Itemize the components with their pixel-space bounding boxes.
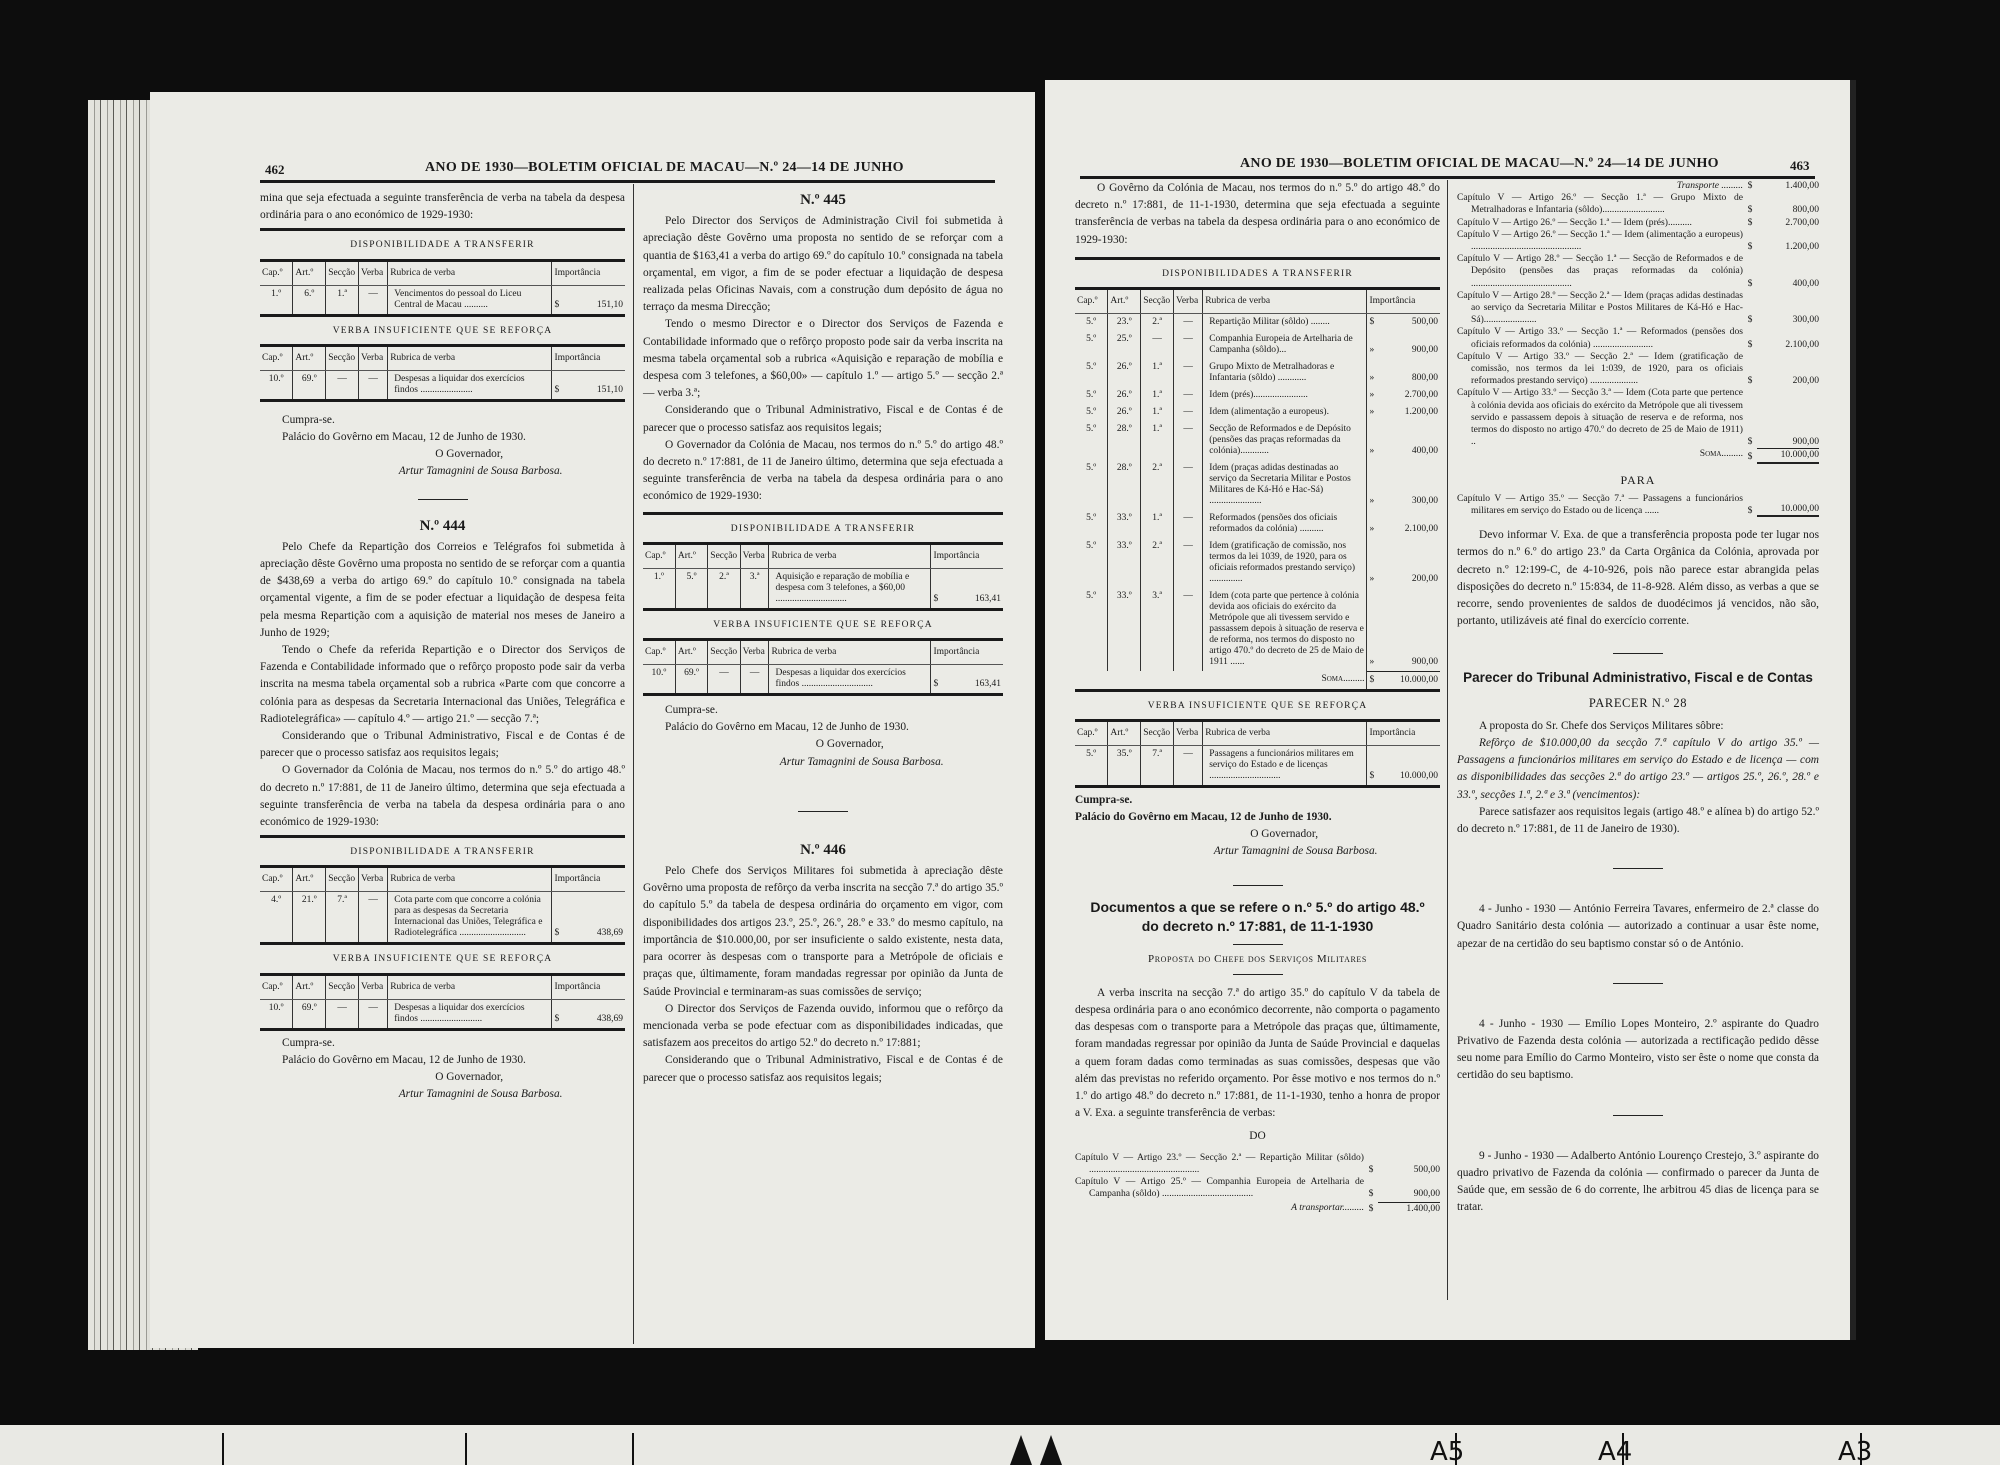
column-header: Rubrica de verba <box>388 867 552 892</box>
column-header: Importância <box>552 867 625 892</box>
cell-importancia: $500,00 <box>1367 314 1440 332</box>
cell-rubrica: Vencimentos do pessoal do Liceu Central … <box>388 285 552 315</box>
cell-art: 26.º <box>1108 387 1141 404</box>
column-header: Secção <box>1141 720 1174 745</box>
ledger-amount: 400,00 <box>1757 278 1819 290</box>
cell-art: 33.º <box>1108 538 1141 588</box>
amount: 1.200,00 <box>1405 407 1438 417</box>
cell-cap: 5.º <box>1075 404 1108 421</box>
paragraph: O Director dos Serviços de Fazenda ouvid… <box>643 1001 1003 1053</box>
column-header: Art.º <box>1108 289 1141 314</box>
page-number: 462 <box>265 162 285 178</box>
column-header: Cap.º <box>260 867 293 892</box>
budget-table: Cap.ºArt.ºSecçãoVerbaRubrica de verbaImp… <box>260 259 625 317</box>
signature: Artur Tamagnini de Sousa Barbosa. <box>780 754 1003 771</box>
ledger-item: Capítulo V — Artigo 28.º — Secção 1.ª — … <box>1457 253 1819 290</box>
column-header: Cap.º <box>260 260 293 285</box>
currency: $ <box>1743 180 1757 192</box>
left-column-2: N.º 445 Pelo Director dos Serviços de Ad… <box>643 186 1003 1087</box>
table-row: 10.º69.º——Despesas a liquidar dos exercí… <box>643 665 1003 695</box>
column-header: Importância <box>931 640 1003 665</box>
budget-table: Cap.ºArt.ºSecçãoVerbaRubrica de verbaImp… <box>643 542 1003 611</box>
cell-verba: — <box>359 285 388 315</box>
ledger-desc: Capítulo V — Artigo 35.º — Secção 7.ª — … <box>1457 493 1743 517</box>
cell-art: 25.º <box>1108 331 1141 359</box>
cell-seccao: 1.ª <box>1141 359 1174 387</box>
ledger-amount: 1.400,00 <box>1757 180 1819 192</box>
column-header: Importância <box>552 260 625 285</box>
ledger-amount: 900,00 <box>1378 1188 1440 1200</box>
governor-label: O Governador, <box>435 1069 625 1086</box>
cell-importancia: $10.000,00 <box>1367 745 1440 786</box>
currency: » <box>1369 496 1374 507</box>
frame-label: A3 <box>1838 1439 1872 1465</box>
para-label: PARA <box>1457 472 1819 489</box>
cell-cap: 5.º <box>1075 359 1108 387</box>
decree-number: N.º 444 <box>260 518 625 535</box>
governor-label: O Governador, <box>435 446 625 463</box>
amount: 400,00 <box>1412 446 1438 456</box>
cell-art: 26.º <box>1108 359 1141 387</box>
column-header: Verba <box>359 260 388 285</box>
amount: 438,69 <box>597 1014 623 1024</box>
currency: $ <box>1364 1203 1378 1215</box>
column-header: Importância <box>552 974 625 999</box>
cell-seccao: 2.ª <box>1141 460 1174 510</box>
cell-cap: 10.º <box>260 999 293 1029</box>
cumpra-se: Cumpra-se. <box>1075 792 1440 809</box>
column-header: Secção <box>708 543 740 568</box>
cell-importancia: »2.100,00 <box>1367 510 1440 538</box>
cell-importancia: $438,69 <box>552 999 625 1029</box>
ledger-item: Capítulo V — Artigo 26.º — Secção 1.ª — … <box>1457 229 1819 253</box>
column-header: Secção <box>326 260 359 285</box>
table-row: 10.º69.º——Despesas a liquidar dos exercí… <box>260 370 625 400</box>
ledger-amount: 800,00 <box>1757 204 1819 216</box>
ledger-desc: Capítulo V — Artigo 26.º — Secção 1.ª — … <box>1457 217 1743 229</box>
cell-seccao: — <box>1141 331 1174 359</box>
cell-seccao: 7.ª <box>1141 745 1174 786</box>
cell-rubrica: Despesas a liquidar dos exercícios findo… <box>388 999 552 1029</box>
table-row: 5.º28.º2.ª—Idem (praças adidas destinada… <box>1075 460 1440 510</box>
cell-cap: 10.º <box>260 370 293 400</box>
cell-importancia: »1.200,00 <box>1367 404 1440 421</box>
column-header: Rubrica de verba <box>388 974 552 999</box>
ledger-list: Capítulo V — Artigo 26.º — Secção 1.ª — … <box>1457 192 1819 448</box>
cell-rubrica: Secção de Reformados e de Depósito (pens… <box>1203 421 1367 460</box>
cell-verba: — <box>1174 331 1203 359</box>
currency: $ <box>1743 375 1757 387</box>
column-header: Importância <box>1367 289 1440 314</box>
table-row: 1.º5.º2.ª3.ªAquisição e reparação de mob… <box>643 568 1003 609</box>
ledger-amount: 900,00 <box>1757 436 1819 448</box>
currency: » <box>1369 390 1374 401</box>
table-row: 5.º35.º7.ª—Passagens a funcionários mili… <box>1075 745 1440 786</box>
ledger-amount: 10.000,00 <box>1757 448 1819 463</box>
section-heading: Documentos a que se refere o n.º 5.º do … <box>1075 898 1440 936</box>
cell-verba: — <box>1174 460 1203 510</box>
cell-cap: 5.º <box>1075 745 1108 786</box>
cell-seccao: 3.ª <box>1141 588 1174 671</box>
amount: 2.100,00 <box>1405 524 1438 534</box>
currency: $ <box>554 1014 559 1025</box>
cell-art: 6.º <box>293 285 326 315</box>
cell-cap: 10.º <box>643 665 675 695</box>
column-header: Art.º <box>293 974 326 999</box>
ledger-desc: Capítulo V — Artigo 33.º — Secção 2.ª — … <box>1457 351 1743 388</box>
cell-importancia: »200,00 <box>1367 538 1440 588</box>
place-date: Palácio do Govêrno em Macau, 12 de Junho… <box>260 1052 625 1069</box>
paragraph: Tendo o Chefe da referida Repartição e o… <box>260 642 625 728</box>
cell-importancia: »2.700,00 <box>1367 387 1440 404</box>
table-title: DISPONIBILIDADE A TRANSFERIR <box>260 844 625 861</box>
currency: $ <box>1369 317 1374 328</box>
ledger-amount: 1.200,00 <box>1757 241 1819 253</box>
column-header: Art.º <box>293 345 326 370</box>
cell-seccao: — <box>326 999 359 1029</box>
notice: 4 - Junho - 1930 — António Ferreira Tava… <box>1457 901 1819 953</box>
column-header: Importância <box>1367 720 1440 745</box>
currency: $ <box>1369 771 1374 782</box>
cell-cap: 5.º <box>1075 510 1108 538</box>
cell-cap: 5.º <box>1075 588 1108 671</box>
ledger-desc: Capítulo V — Artigo 28.º — Secção 2.ª — … <box>1457 290 1743 327</box>
ledger-amount: 200,00 <box>1757 375 1819 387</box>
table-row: 5.º25.º——Companhia Europeia de Artelhari… <box>1075 331 1440 359</box>
governor-label: O Governador, <box>1250 826 1440 843</box>
place-date: Palácio do Govêrno em Macau, 12 de Junho… <box>260 429 625 446</box>
cell-cap: 1.º <box>643 568 675 609</box>
ledger-desc: Capítulo V — Artigo 26.º — Secção 1.ª — … <box>1457 192 1743 216</box>
budget-table: Cap.ºArt.ºSecçãoVerbaRubrica de verbaImp… <box>643 638 1003 696</box>
budget-table: Cap.ºArt.ºSecçãoVerbaRubrica de verbaImp… <box>1075 287 1440 692</box>
table-title: VERBA INSUFICIENTE QUE SE REFORÇA <box>260 323 625 340</box>
cell-seccao: — <box>708 665 740 695</box>
ledger-amount: 10.000,00 <box>1757 503 1819 517</box>
amount: 163,41 <box>975 594 1001 604</box>
cell-rubrica: Companhia Europeia de Artelharia de Camp… <box>1203 331 1367 359</box>
currency: $ <box>1743 204 1757 216</box>
cell-importancia: $438,69 <box>552 892 625 944</box>
table-row: 5.º23.º2.ª—Repartição Militar (sôldo) ..… <box>1075 314 1440 332</box>
cell-seccao: 1.ª <box>1141 387 1174 404</box>
table-row: 5.º33.º2.ª—Idem (gratificação de comissã… <box>1075 538 1440 588</box>
ledger-amount: 1.400,00 <box>1378 1202 1440 1215</box>
cell-importancia: »400,00 <box>1367 421 1440 460</box>
column-header: Verba <box>1174 289 1203 314</box>
cell-art: 35.º <box>1108 745 1141 786</box>
cell-verba: — <box>1174 538 1203 588</box>
table-title: VERBA INSUFICIENTE QUE SE REFORÇA <box>1075 698 1440 715</box>
ledger-item: Capítulo V — Artigo 25.º — Companhia Eur… <box>1075 1176 1440 1200</box>
governor-label: O Governador, <box>816 736 1003 753</box>
column-header: Rubrica de verba <box>769 640 931 665</box>
frame-marker-icon <box>1040 1435 1062 1465</box>
paragraph: A verba inscrita na secção 7.ª do artigo… <box>1075 985 1440 1123</box>
table-row: 5.º26.º1.ª—Idem (alimentação a europeus)… <box>1075 404 1440 421</box>
currency: $ <box>933 679 938 690</box>
table-title: VERBA INSUFICIENTE QUE SE REFORÇA <box>643 617 1003 634</box>
cell-rubrica: Idem (praças adidas destinadas ao serviç… <box>1203 460 1367 510</box>
cell-art: 69.º <box>293 999 326 1029</box>
currency: $ <box>1743 217 1757 229</box>
cell-cap: 5.º <box>1075 460 1108 510</box>
cell-art: 23.º <box>1108 314 1141 332</box>
frame-label: A5 <box>1430 1439 1464 1465</box>
paragraph: Parece satisfazer aos requisitos legais … <box>1457 804 1819 838</box>
cell-rubrica: Idem (prés)....................... <box>1203 387 1367 404</box>
cell-cap: 5.º <box>1075 314 1108 332</box>
cell-art: 33.º <box>1108 588 1141 671</box>
paragraph: Considerando que o Tribunal Administrati… <box>643 1052 1003 1086</box>
paragraph: Devo informar V. Exa. de que a transferê… <box>1457 527 1819 630</box>
paragraph: O Governador da Colónia de Macau, nos te… <box>643 437 1003 506</box>
ledger-total: Soma......... $ 10.000,00 <box>1457 448 1819 463</box>
cumpra-se: Cumpra-se. <box>260 1035 625 1052</box>
column-header: Verba <box>740 640 769 665</box>
cell-seccao: 2.ª <box>1141 314 1174 332</box>
signature: Artur Tamagnini de Sousa Barbosa. <box>399 463 625 480</box>
amount: 900,00 <box>1412 657 1438 667</box>
table-row: 10.º69.º——Despesas a liquidar dos exercí… <box>260 999 625 1029</box>
cell-importancia: »900,00 <box>1367 588 1440 671</box>
currency: $ <box>1364 1188 1378 1200</box>
currency: $ <box>554 928 559 939</box>
cell-verba: — <box>740 665 769 695</box>
ledger-label: A transportar......... <box>1075 1202 1364 1215</box>
column-header: Verba <box>1174 720 1203 745</box>
cell-cap: 5.º <box>1075 331 1108 359</box>
ledger-desc: Capítulo V — Artigo 26.º — Secção 1.ª — … <box>1457 229 1743 253</box>
table-row: 4.º21.º7.ª—Cota parte com que concorre a… <box>260 892 625 944</box>
table-title: VERBA INSUFICIENTE QUE SE REFORÇA <box>260 951 625 968</box>
right-page: ANO DE 1930—BOLETIM OFICIAL DE MACAU—N.º… <box>1045 80 1850 1340</box>
cell-importancia: $163,41 <box>931 665 1003 695</box>
amount: 151,10 <box>597 300 623 310</box>
cell-importancia: »900,00 <box>1367 331 1440 359</box>
cell-seccao: 1.ª <box>326 285 359 315</box>
amount: 438,69 <box>597 928 623 938</box>
frame-label: A4 <box>1598 1439 1632 1465</box>
paragraph: Pelo Director dos Serviços de Administra… <box>643 213 1003 316</box>
cell-art: 69.º <box>293 370 326 400</box>
frame-marker-icon <box>1010 1435 1032 1465</box>
cell-cap: 5.º <box>1075 421 1108 460</box>
decree-number: N.º 446 <box>643 842 1003 859</box>
running-head: ANO DE 1930—BOLETIM OFICIAL DE MACAU—N.º… <box>425 160 904 176</box>
currency: $ <box>554 300 559 311</box>
section-heading: Parecer do Tribunal Administrativo, Fisc… <box>1457 668 1819 687</box>
paragraph: Refôrço de $10.000,00 da secção 7.ª capí… <box>1457 735 1819 804</box>
cell-cap: 1.º <box>260 285 293 315</box>
ledger-amount: 500,00 <box>1378 1164 1440 1176</box>
currency: » <box>1369 345 1374 356</box>
notice: 4 - Junho - 1930 — Emílio Lopes Monteiro… <box>1457 1016 1819 1085</box>
budget-table: Cap.ºArt.ºSecçãoVerbaRubrica de verbaImp… <box>1075 719 1440 788</box>
cell-verba: — <box>1174 588 1203 671</box>
cell-art: 21.º <box>293 892 326 944</box>
column-header: Cap.º <box>260 345 293 370</box>
ledger-item: Capítulo V — Artigo 23.º — Secção 2.ª — … <box>1075 1152 1440 1176</box>
column-header: Rubrica de verba <box>769 543 931 568</box>
cell-seccao: — <box>326 370 359 400</box>
cumpra-se: Cumpra-se. <box>643 702 1003 719</box>
currency: $ <box>933 594 938 605</box>
ledger-amount: 2.700,00 <box>1757 217 1819 229</box>
cell-seccao: 2.ª <box>1141 538 1174 588</box>
amount: 300,00 <box>1412 496 1438 506</box>
page-number: 463 <box>1790 158 1810 174</box>
cell-art: 33.º <box>1108 510 1141 538</box>
cell-verba: — <box>1174 421 1203 460</box>
column-header: Art.º <box>675 543 707 568</box>
currency: $ <box>1743 339 1757 351</box>
table-title: DISPONIBILIDADE A TRANSFERIR <box>643 521 1003 538</box>
ledger-item: Capítulo V — Artigo 26.º — Secção 1.ª — … <box>1457 217 1819 229</box>
table-row: 5.º33.º1.ª—Reformados (pensões dos ofici… <box>1075 510 1440 538</box>
total-label: Soma......... <box>1075 671 1367 690</box>
place-date: Palácio do Govêrno em Macau, 12 de Junho… <box>643 719 1003 736</box>
cell-rubrica: Despesas a liquidar dos exercícios findo… <box>769 665 931 695</box>
ledger-desc: Capítulo V — Artigo 28.º — Secção 1.ª — … <box>1457 253 1743 290</box>
budget-table: Cap.ºArt.ºSecçãoVerbaRubrica de verbaImp… <box>260 344 625 402</box>
cell-verba: 3.ª <box>740 568 769 609</box>
table-row: 5.º26.º1.ª—Idem (prés)..................… <box>1075 387 1440 404</box>
table-row: 5.º33.º3.ª—Idem (cota parte que pertence… <box>1075 588 1440 671</box>
ledger-amount: 300,00 <box>1757 314 1819 326</box>
cell-seccao: 1.ª <box>1141 421 1174 460</box>
currency: $ <box>1743 436 1757 448</box>
cell-importancia: $163,41 <box>931 568 1003 609</box>
ledger-label: Soma......... <box>1457 448 1743 463</box>
do-label: DO <box>1075 1128 1440 1145</box>
cell-total: $10.000,00 <box>1367 671 1440 690</box>
column-header: Verba <box>359 974 388 999</box>
column-header: Rubrica de verba <box>388 260 552 285</box>
right-column-1: O Govêrno da Colónia de Macau, nos termo… <box>1075 180 1440 1216</box>
currency: » <box>1369 657 1374 668</box>
cell-seccao: 7.ª <box>326 892 359 944</box>
parecer-number: PARECER N.º 28 <box>1457 695 1819 712</box>
cell-rubrica: Despesas a liquidar dos exercícios findo… <box>388 370 552 400</box>
signature: Artur Tamagnini de Sousa Barbosa. <box>399 1086 625 1103</box>
cell-importancia: »800,00 <box>1367 359 1440 387</box>
intro-text: mina que seja efectuada a seguinte trans… <box>260 190 625 224</box>
column-header: Cap.º <box>1075 720 1108 745</box>
section-heading-line: Documentos a que se refere o n.º 5.º do … <box>1075 898 1440 917</box>
cell-verba: — <box>359 892 388 944</box>
page-edge <box>1850 80 1856 1340</box>
amount: 2.700,00 <box>1405 390 1438 400</box>
currency: $ <box>554 385 559 396</box>
column-header: Art.º <box>293 867 326 892</box>
ledger-item: Capítulo V — Artigo 33.º — Secção 3.ª — … <box>1457 387 1819 448</box>
table-row: 5.º26.º1.ª—Grupo Mixto de Metralhadoras … <box>1075 359 1440 387</box>
currency: » <box>1369 574 1374 585</box>
cell-art: 69.º <box>675 665 707 695</box>
column-header: Rubrica de verba <box>1203 289 1367 314</box>
cell-verba: — <box>1174 404 1203 421</box>
signature: Artur Tamagnini de Sousa Barbosa. <box>1214 843 1440 860</box>
column-header: Secção <box>326 974 359 999</box>
column-header: Rubrica de verba <box>388 345 552 370</box>
currency: $ <box>1743 314 1757 326</box>
ledger-desc: Capítulo V — Artigo 25.º — Companhia Eur… <box>1075 1176 1364 1200</box>
column-header: Verba <box>359 345 388 370</box>
ledger-item: Capítulo V — Artigo 26.º — Secção 1.ª — … <box>1457 192 1819 216</box>
column-header: Secção <box>708 640 740 665</box>
ledger-desc: Capítulo V — Artigo 33.º — Secção 3.ª — … <box>1457 387 1743 448</box>
cumpra-se: Cumpra-se. <box>260 412 625 429</box>
column-header: Verba <box>740 543 769 568</box>
ledger-item: Capítulo V — Artigo 33.º — Secção 2.ª — … <box>1457 351 1819 388</box>
amount: 500,00 <box>1412 317 1438 327</box>
cell-rubrica: Reformados (pensões dos oficiais reforma… <box>1203 510 1367 538</box>
column-header: Importância <box>931 543 1003 568</box>
cell-seccao: 2.ª <box>708 568 740 609</box>
cell-importancia: $151,10 <box>552 370 625 400</box>
place-date: Palácio do Govêrno em Macau, 12 de Junho… <box>1075 809 1440 826</box>
left-column-1: mina que seja efectuada a seguinte trans… <box>260 190 625 1104</box>
ledger-item: Capítulo V — Artigo 28.º — Secção 2.ª — … <box>1457 290 1819 327</box>
table-title: DISPONIBILIDADE A TRANSFERIR <box>260 237 625 254</box>
left-page: 462 ANO DE 1930—BOLETIM OFICIAL DE MACAU… <box>150 92 1035 1348</box>
ledger-desc: Capítulo V — Artigo 33.º — Secção 1.ª — … <box>1457 326 1743 350</box>
subsection-heading: Proposta do Chefe dos Serviços Militares <box>1075 951 1440 968</box>
currency: $ <box>1743 505 1757 517</box>
table-row: 5.º28.º1.ª—Secção de Reformados e de Dep… <box>1075 421 1440 460</box>
paragraph: Considerando que o Tribunal Administrati… <box>643 402 1003 436</box>
table-total-row: Soma.........$10.000,00 <box>1075 671 1440 690</box>
currency: $ <box>1743 451 1757 463</box>
column-header: Secção <box>326 345 359 370</box>
column-header: Rubrica de verba <box>1203 720 1367 745</box>
cell-verba: — <box>359 999 388 1029</box>
cell-verba: — <box>1174 510 1203 538</box>
ledger-item: Capítulo V — Artigo 33.º — Secção 1.ª — … <box>1457 326 1819 350</box>
decree-number: N.º 445 <box>643 192 1003 209</box>
amount: 163,41 <box>975 679 1001 689</box>
running-head: ANO DE 1930—BOLETIM OFICIAL DE MACAU—N.º… <box>1240 156 1719 172</box>
notice: 9 - Junho - 1930 — Adalberto António Lou… <box>1457 1148 1819 1217</box>
column-header: Cap.º <box>643 640 675 665</box>
currency: $ <box>1364 1164 1378 1176</box>
section-heading-line: do decreto n.º 17:881, de 11-1-1930 <box>1075 917 1440 936</box>
cell-art: 28.º <box>1108 460 1141 510</box>
cell-verba: — <box>1174 387 1203 404</box>
cell-cap: 5.º <box>1075 387 1108 404</box>
column-header: Importância <box>552 345 625 370</box>
ledger-amount: 2.100,00 <box>1757 339 1819 351</box>
column-header: Secção <box>326 867 359 892</box>
cell-cap: 4.º <box>260 892 293 944</box>
currency: » <box>1369 407 1374 418</box>
amount: 800,00 <box>1412 373 1438 383</box>
column-header: Art.º <box>1108 720 1141 745</box>
paragraph: Tendo o mesmo Director e o Director dos … <box>643 316 1003 402</box>
column-header: Cap.º <box>1075 289 1108 314</box>
paragraph: Pelo Chefe da Repartição dos Correios e … <box>260 539 625 642</box>
cell-importancia: »300,00 <box>1367 460 1440 510</box>
ledger-carry: Transporte ......... $ 1.400,00 <box>1457 180 1819 192</box>
paragraph: Pelo Chefe dos Serviços Militares foi su… <box>643 863 1003 1001</box>
ledger-label: Transporte ......... <box>1457 180 1743 192</box>
column-header: Art.º <box>675 640 707 665</box>
ledger-desc: Capítulo V — Artigo 23.º — Secção 2.ª — … <box>1075 1152 1364 1176</box>
cell-seccao: 1.ª <box>1141 404 1174 421</box>
cell-rubrica: Passagens a funcionários militares em se… <box>1203 745 1367 786</box>
amount: 10.000,00 <box>1400 771 1438 781</box>
